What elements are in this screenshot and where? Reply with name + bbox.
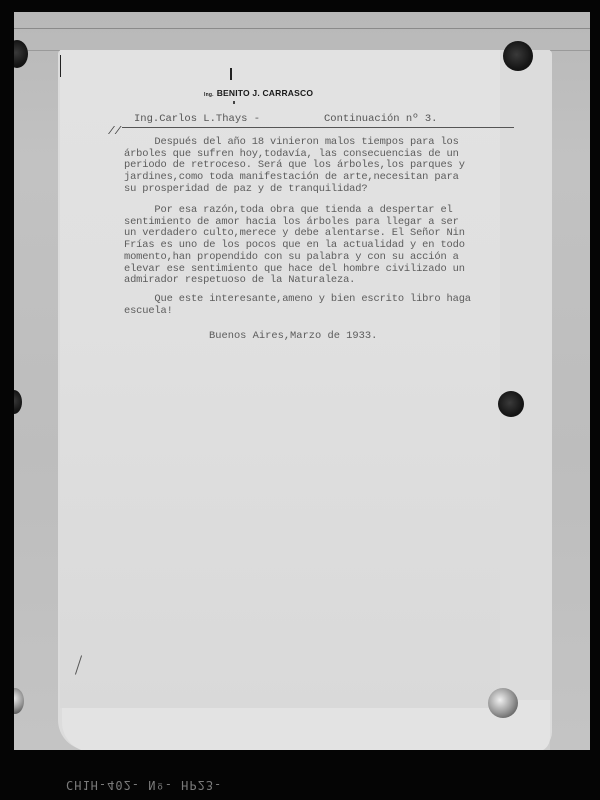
film-border-bottom: [0, 750, 600, 800]
letterhead: Ing.BENITO J. CARRASCO: [204, 88, 313, 98]
addressee: Ing.Carlos L.Thays -: [134, 113, 260, 125]
margin-mark: //: [108, 126, 121, 138]
letterhead-ornament: [230, 68, 232, 80]
board-edge-line: [14, 28, 590, 29]
pushpin-icon: [503, 41, 533, 71]
paragraph-2: Por esa razón,toda obra que tienda a des…: [124, 205, 499, 287]
continuation-number: Continuación nº 3.: [324, 113, 437, 125]
pushpin-icon: [498, 391, 524, 417]
signoff-date: Buenos Aires,Marzo de 1933.: [209, 330, 377, 342]
heading-underline: [122, 127, 514, 128]
letterhead-ornament: [233, 101, 235, 104]
paragraph-1: Después del año 18 vinieron malos tiempo…: [124, 137, 499, 196]
letterhead-prefix: Ing.: [204, 92, 214, 98]
pushpin-icon: [488, 688, 518, 718]
negative-edge-code: CH1H-402- Nº- HP23-: [66, 778, 222, 792]
film-border-left: [0, 0, 14, 800]
scratch-mark: [60, 55, 61, 77]
paragraph-3: Que este interesante,ameno y bien escrit…: [124, 294, 499, 317]
film-border-right: [590, 0, 600, 800]
letterhead-name: BENITO J. CARRASCO: [217, 88, 313, 98]
